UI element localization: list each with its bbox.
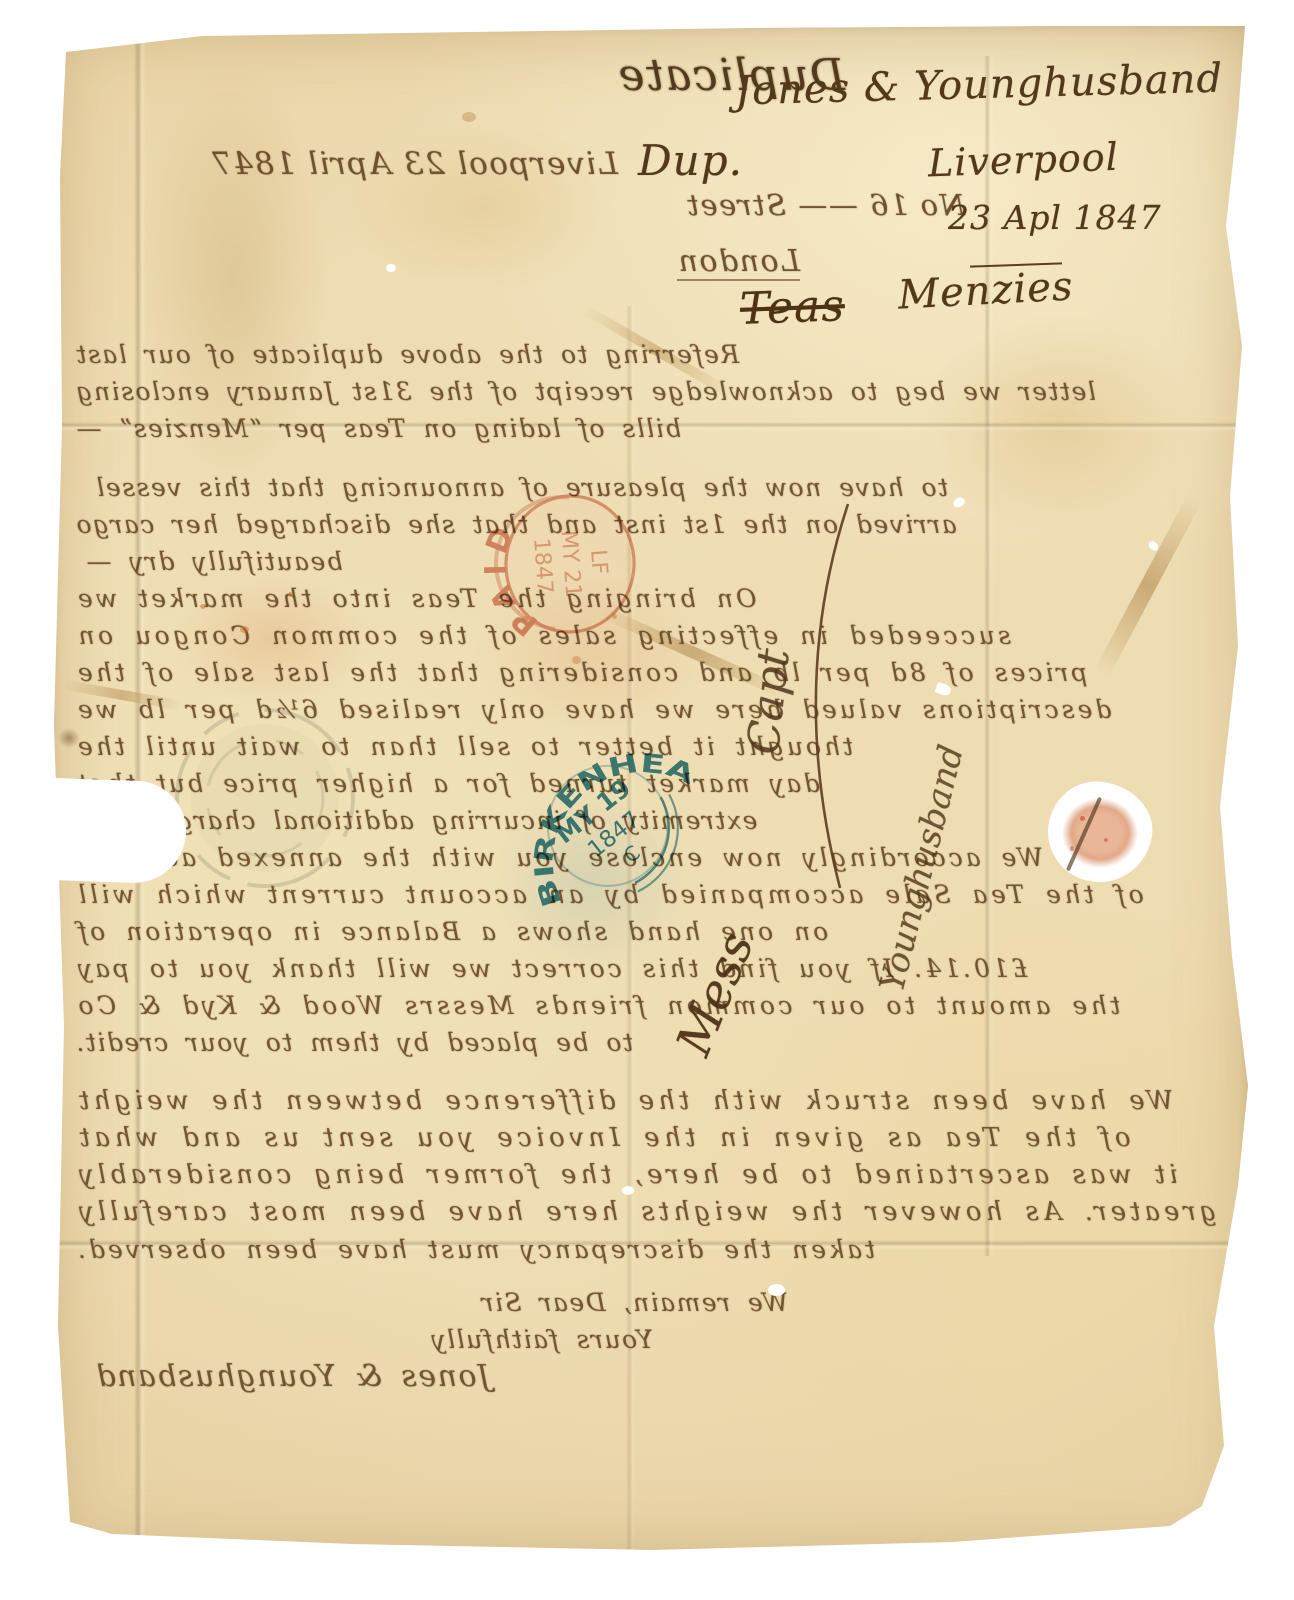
showthrough-line: it was ascertained to be here, the forme… <box>75 1157 1235 1194</box>
showthrough-line: greater. As however the weights here hav… <box>75 1194 1235 1231</box>
paper-nick <box>768 1284 785 1296</box>
showthrough-line: the amount to our common friends Messrs … <box>75 987 1235 1024</box>
showthrough-address-city: London <box>677 244 800 281</box>
docket-sender: Menzies <box>897 263 1075 318</box>
showthrough-line: prices of 8d per lb and considering that… <box>75 654 1235 691</box>
showthrough-line: We remain, Dear Sir <box>480 1284 1235 1321</box>
showthrough-line: descriptions valued here we have only re… <box>75 691 1235 728</box>
paper-nick <box>386 264 396 272</box>
showthrough-line: Yours faithfully <box>430 1321 1235 1358</box>
showthrough-line: thought it better to sell than to wait u… <box>75 728 1235 765</box>
orange-speck <box>612 614 617 619</box>
showthrough-line: on one hand shows a Balance in operation… <box>75 913 1235 950</box>
wax-speck <box>1080 816 1085 821</box>
showthrough-line: arrived on the 1st inst and that she dis… <box>75 506 1235 543</box>
orange-speck <box>200 604 206 609</box>
showthrough-address-street: No 16 —— Street <box>686 188 965 222</box>
showthrough-line: On bringing the Teas into the market we <box>75 580 1235 617</box>
orange-speck <box>522 616 529 622</box>
showthrough-line: to have now the pleasure of announcing t… <box>95 469 1235 506</box>
showthrough-line: of the Tea as given in the Invoice you s… <box>75 1120 1235 1157</box>
orange-speck <box>288 592 293 597</box>
ink-bracket-flourish <box>752 486 892 906</box>
paper-nick <box>622 1186 634 1195</box>
docket-date: 23 Apl 1847 <box>948 198 1161 237</box>
showthrough-line: beautifully dry — <box>85 543 1235 580</box>
docket-dup: Dup. <box>638 136 743 185</box>
orange-speck <box>240 626 249 633</box>
showthrough-line: of the Tea Sale accompanied by an accoun… <box>75 876 1235 913</box>
showthrough-line: £10.14. If you find this correct we will… <box>75 950 1235 987</box>
orange-speck <box>572 656 581 664</box>
showthrough-line: taken the discrepancy must have been obs… <box>75 1231 1235 1268</box>
torn-notch <box>32 777 187 884</box>
letter-paper: Duplicate No 16 —— Street London Liverpo… <box>52 26 1248 1558</box>
showthrough-line: bills of lading on Teas per “Menzies” — <box>75 410 1235 447</box>
letter-scan: Duplicate No 16 —— Street London Liverpo… <box>0 0 1294 1600</box>
showthrough-line: to be placed by them to your credit. <box>75 1024 1235 1061</box>
showthrough-line: Jones & Younghusband <box>95 1358 1235 1395</box>
orange-speck <box>462 112 476 122</box>
showthrough-dateline: Liverpool 23 April 1847 <box>210 146 618 182</box>
showthrough-line: We have been struck with the difference … <box>75 1083 1235 1120</box>
showthrough-line: letter we beg to acknowledge receipt of … <box>75 373 1235 410</box>
docket-subject: Teas <box>739 280 846 335</box>
showthrough-line: Referring to the above duplicate of our … <box>75 336 1235 373</box>
docket-city: Liverpool <box>927 135 1119 186</box>
wax-speck <box>1104 838 1108 842</box>
showthrough-line: succeeded in effecting sales of the comm… <box>75 617 1235 654</box>
